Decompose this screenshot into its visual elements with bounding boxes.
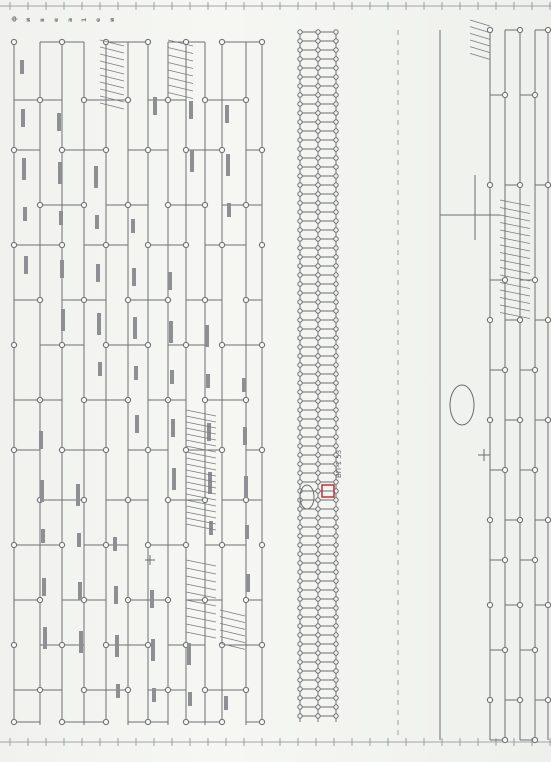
node bbox=[259, 39, 264, 44]
node bbox=[316, 696, 320, 700]
label-text-block bbox=[225, 105, 229, 123]
label-text-block bbox=[245, 525, 249, 539]
node bbox=[334, 651, 338, 655]
node bbox=[316, 597, 320, 601]
node bbox=[334, 606, 338, 610]
label-text-block bbox=[61, 309, 65, 331]
node bbox=[316, 642, 320, 646]
node bbox=[11, 342, 16, 347]
node bbox=[334, 624, 338, 628]
node bbox=[316, 345, 320, 349]
label-text-block bbox=[224, 696, 228, 710]
node bbox=[316, 84, 320, 88]
node bbox=[298, 525, 302, 529]
node bbox=[298, 57, 302, 61]
node bbox=[334, 264, 338, 268]
node bbox=[316, 192, 320, 196]
node bbox=[517, 517, 522, 522]
node bbox=[59, 242, 64, 247]
node bbox=[243, 97, 248, 102]
node bbox=[202, 687, 207, 692]
label-text-block bbox=[187, 643, 191, 665]
node bbox=[316, 543, 320, 547]
node bbox=[517, 697, 522, 702]
node bbox=[334, 273, 338, 277]
label-text-block bbox=[114, 586, 118, 604]
node bbox=[316, 210, 320, 214]
node bbox=[334, 75, 338, 79]
node bbox=[532, 557, 537, 562]
node bbox=[316, 300, 320, 304]
node bbox=[298, 183, 302, 187]
label-text-block bbox=[170, 370, 174, 384]
node bbox=[298, 156, 302, 160]
node bbox=[81, 687, 86, 692]
node bbox=[545, 317, 550, 322]
node bbox=[59, 342, 64, 347]
node bbox=[243, 202, 248, 207]
node bbox=[125, 687, 130, 692]
label-text-block bbox=[21, 109, 25, 127]
title-glyph: в bbox=[39, 18, 46, 22]
label-text-block bbox=[244, 476, 248, 498]
node bbox=[334, 570, 338, 574]
node bbox=[532, 92, 537, 97]
node bbox=[316, 48, 320, 52]
label-text-block bbox=[206, 374, 210, 388]
node bbox=[165, 397, 170, 402]
node bbox=[316, 237, 320, 241]
node bbox=[316, 579, 320, 583]
node bbox=[487, 697, 492, 702]
node bbox=[103, 447, 108, 452]
node bbox=[502, 737, 507, 742]
node bbox=[316, 525, 320, 529]
node bbox=[298, 543, 302, 547]
node bbox=[316, 147, 320, 151]
node bbox=[298, 597, 302, 601]
node bbox=[532, 737, 537, 742]
label-text-block bbox=[227, 203, 231, 217]
node bbox=[259, 342, 264, 347]
node bbox=[298, 417, 302, 421]
node bbox=[125, 97, 130, 102]
node bbox=[334, 354, 338, 358]
node bbox=[316, 444, 320, 448]
node bbox=[316, 552, 320, 556]
node bbox=[334, 291, 338, 295]
node bbox=[202, 397, 207, 402]
node bbox=[517, 27, 522, 32]
label-text-block bbox=[150, 590, 154, 608]
node bbox=[316, 66, 320, 70]
node bbox=[334, 174, 338, 178]
node bbox=[11, 39, 16, 44]
node bbox=[202, 202, 207, 207]
node bbox=[298, 462, 302, 466]
node bbox=[298, 147, 302, 151]
node bbox=[298, 408, 302, 412]
node bbox=[59, 147, 64, 152]
node bbox=[334, 507, 338, 511]
node bbox=[334, 138, 338, 142]
label-text-block bbox=[97, 313, 101, 335]
node bbox=[145, 447, 150, 452]
label-text-block bbox=[40, 480, 44, 502]
node bbox=[298, 588, 302, 592]
node bbox=[298, 507, 302, 511]
node bbox=[316, 165, 320, 169]
node bbox=[316, 669, 320, 673]
node bbox=[334, 390, 338, 394]
label-text-block bbox=[42, 578, 46, 596]
node bbox=[219, 147, 224, 152]
node bbox=[502, 647, 507, 652]
node bbox=[298, 174, 302, 178]
node bbox=[298, 390, 302, 394]
title-glyph: е bbox=[95, 18, 102, 22]
node bbox=[165, 597, 170, 602]
node bbox=[219, 719, 224, 724]
node bbox=[243, 397, 248, 402]
node bbox=[316, 615, 320, 619]
node bbox=[125, 397, 130, 402]
node bbox=[334, 633, 338, 637]
label-text-block bbox=[57, 113, 61, 131]
node bbox=[145, 39, 150, 44]
node bbox=[334, 363, 338, 367]
label-text-block bbox=[22, 158, 26, 180]
node bbox=[316, 588, 320, 592]
node bbox=[334, 498, 338, 502]
node bbox=[532, 467, 537, 472]
node bbox=[316, 606, 320, 610]
node bbox=[298, 237, 302, 241]
node bbox=[259, 242, 264, 247]
node bbox=[316, 705, 320, 709]
node bbox=[334, 687, 338, 691]
node bbox=[165, 687, 170, 692]
node bbox=[334, 678, 338, 682]
node bbox=[316, 174, 320, 178]
label-text-block bbox=[134, 366, 138, 380]
node bbox=[316, 660, 320, 664]
highlight-marker-label: ВП-1 53 bbox=[335, 450, 343, 478]
node bbox=[334, 579, 338, 583]
node bbox=[334, 39, 338, 43]
node bbox=[298, 273, 302, 277]
node bbox=[334, 300, 338, 304]
node bbox=[145, 242, 150, 247]
node bbox=[334, 192, 338, 196]
node bbox=[298, 129, 302, 133]
node bbox=[334, 336, 338, 340]
node bbox=[298, 426, 302, 430]
node bbox=[334, 480, 338, 484]
node bbox=[316, 381, 320, 385]
node bbox=[316, 570, 320, 574]
node bbox=[334, 426, 338, 430]
label-text-block bbox=[205, 325, 209, 347]
node bbox=[487, 27, 492, 32]
node bbox=[298, 75, 302, 79]
node bbox=[298, 165, 302, 169]
node bbox=[316, 372, 320, 376]
node bbox=[334, 111, 338, 115]
label-text-block bbox=[135, 415, 139, 433]
node bbox=[334, 417, 338, 421]
label-text-block bbox=[226, 154, 230, 176]
label-text-block bbox=[24, 256, 28, 274]
node bbox=[334, 435, 338, 439]
label-text-block bbox=[115, 635, 119, 657]
node bbox=[316, 120, 320, 124]
node bbox=[243, 297, 248, 302]
node bbox=[545, 27, 550, 32]
node bbox=[334, 345, 338, 349]
node bbox=[334, 129, 338, 133]
node bbox=[316, 714, 320, 718]
node bbox=[316, 462, 320, 466]
node bbox=[502, 92, 507, 97]
node bbox=[298, 453, 302, 457]
label-text-block bbox=[59, 211, 63, 225]
node bbox=[334, 102, 338, 106]
label-text-block bbox=[116, 684, 120, 698]
node bbox=[316, 102, 320, 106]
node bbox=[316, 561, 320, 565]
node bbox=[334, 561, 338, 565]
label-text-block bbox=[76, 484, 80, 506]
node bbox=[103, 642, 108, 647]
node bbox=[298, 30, 302, 34]
node bbox=[298, 435, 302, 439]
node bbox=[334, 57, 338, 61]
node bbox=[316, 453, 320, 457]
node bbox=[81, 497, 86, 502]
schematic-drawing: фивеа1еи bbox=[0, 0, 551, 762]
node bbox=[334, 408, 338, 412]
node bbox=[298, 93, 302, 97]
node bbox=[298, 696, 302, 700]
node bbox=[545, 417, 550, 422]
node bbox=[316, 633, 320, 637]
node bbox=[259, 719, 264, 724]
node bbox=[298, 669, 302, 673]
node bbox=[334, 219, 338, 223]
node bbox=[517, 602, 522, 607]
node bbox=[334, 372, 338, 376]
node bbox=[316, 219, 320, 223]
node bbox=[243, 597, 248, 602]
node bbox=[81, 97, 86, 102]
node bbox=[316, 687, 320, 691]
node bbox=[81, 202, 86, 207]
node bbox=[316, 327, 320, 331]
node bbox=[334, 660, 338, 664]
node bbox=[316, 390, 320, 394]
node bbox=[316, 129, 320, 133]
node bbox=[334, 309, 338, 313]
node bbox=[334, 642, 338, 646]
node bbox=[298, 102, 302, 106]
node bbox=[545, 517, 550, 522]
node bbox=[298, 228, 302, 232]
node bbox=[487, 517, 492, 522]
node bbox=[298, 345, 302, 349]
node bbox=[81, 397, 86, 402]
label-text-block bbox=[242, 378, 246, 392]
title-glyph: е bbox=[53, 18, 60, 22]
node bbox=[202, 297, 207, 302]
label-text-block bbox=[151, 639, 155, 661]
node bbox=[11, 542, 16, 547]
label-text-block bbox=[79, 631, 83, 653]
node bbox=[316, 228, 320, 232]
node bbox=[532, 647, 537, 652]
node bbox=[11, 447, 16, 452]
node bbox=[334, 516, 338, 520]
label-text-block bbox=[152, 688, 156, 702]
node bbox=[316, 138, 320, 142]
label-text-block bbox=[190, 150, 194, 172]
node bbox=[145, 147, 150, 152]
node bbox=[316, 336, 320, 340]
node bbox=[298, 48, 302, 52]
node bbox=[316, 516, 320, 520]
node bbox=[37, 397, 42, 402]
node bbox=[298, 633, 302, 637]
node bbox=[334, 201, 338, 205]
node bbox=[334, 525, 338, 529]
node bbox=[103, 542, 108, 547]
node bbox=[316, 489, 320, 493]
node bbox=[334, 282, 338, 286]
label-text-block bbox=[60, 260, 64, 278]
node bbox=[316, 30, 320, 34]
node bbox=[334, 381, 338, 385]
node bbox=[334, 120, 338, 124]
node bbox=[502, 557, 507, 562]
label-text-block bbox=[95, 215, 99, 229]
node bbox=[183, 542, 188, 547]
node bbox=[125, 597, 130, 602]
node bbox=[298, 219, 302, 223]
node bbox=[125, 497, 130, 502]
node bbox=[316, 399, 320, 403]
label-text-block bbox=[58, 162, 62, 184]
label-text-block bbox=[188, 692, 192, 706]
node bbox=[298, 606, 302, 610]
node bbox=[125, 297, 130, 302]
node bbox=[316, 273, 320, 277]
node bbox=[334, 228, 338, 232]
node bbox=[298, 318, 302, 322]
label-text-block bbox=[20, 60, 24, 74]
node bbox=[37, 687, 42, 692]
node bbox=[298, 471, 302, 475]
node bbox=[316, 354, 320, 358]
node bbox=[298, 687, 302, 691]
node bbox=[298, 615, 302, 619]
node bbox=[334, 696, 338, 700]
node bbox=[316, 183, 320, 187]
node bbox=[298, 714, 302, 718]
node bbox=[316, 417, 320, 421]
node bbox=[59, 719, 64, 724]
node bbox=[37, 202, 42, 207]
node bbox=[316, 282, 320, 286]
node bbox=[298, 336, 302, 340]
node bbox=[145, 542, 150, 547]
node bbox=[487, 182, 492, 187]
circled-element bbox=[300, 485, 314, 509]
node bbox=[334, 156, 338, 160]
node bbox=[298, 354, 302, 358]
node bbox=[219, 342, 224, 347]
node bbox=[81, 297, 86, 302]
node bbox=[298, 480, 302, 484]
node bbox=[517, 182, 522, 187]
node bbox=[183, 719, 188, 724]
node bbox=[316, 363, 320, 367]
node bbox=[11, 642, 16, 647]
label-text-block bbox=[153, 97, 157, 115]
label-text-block bbox=[96, 264, 100, 282]
node bbox=[37, 597, 42, 602]
node bbox=[219, 542, 224, 547]
node bbox=[334, 444, 338, 448]
node bbox=[298, 381, 302, 385]
node bbox=[334, 615, 338, 619]
node bbox=[517, 417, 522, 422]
node bbox=[59, 542, 64, 547]
node bbox=[298, 444, 302, 448]
node bbox=[502, 367, 507, 372]
node bbox=[298, 570, 302, 574]
title-glyph: ф bbox=[11, 16, 18, 22]
node bbox=[487, 602, 492, 607]
node bbox=[316, 678, 320, 682]
title-glyph: 1 bbox=[81, 18, 88, 22]
node bbox=[298, 120, 302, 124]
label-text-block bbox=[113, 537, 117, 551]
node bbox=[334, 543, 338, 547]
label-text-block bbox=[172, 468, 176, 490]
node bbox=[316, 408, 320, 412]
node bbox=[298, 705, 302, 709]
node bbox=[298, 651, 302, 655]
node bbox=[316, 111, 320, 115]
node bbox=[316, 291, 320, 295]
node bbox=[202, 97, 207, 102]
node bbox=[298, 399, 302, 403]
node bbox=[316, 93, 320, 97]
node bbox=[183, 342, 188, 347]
node bbox=[316, 264, 320, 268]
node bbox=[298, 678, 302, 682]
node bbox=[334, 84, 338, 88]
node bbox=[183, 147, 188, 152]
node bbox=[259, 147, 264, 152]
node bbox=[298, 327, 302, 331]
node bbox=[298, 84, 302, 88]
node bbox=[298, 552, 302, 556]
node bbox=[487, 317, 492, 322]
label-text-block bbox=[39, 431, 43, 449]
node bbox=[334, 246, 338, 250]
node bbox=[334, 327, 338, 331]
